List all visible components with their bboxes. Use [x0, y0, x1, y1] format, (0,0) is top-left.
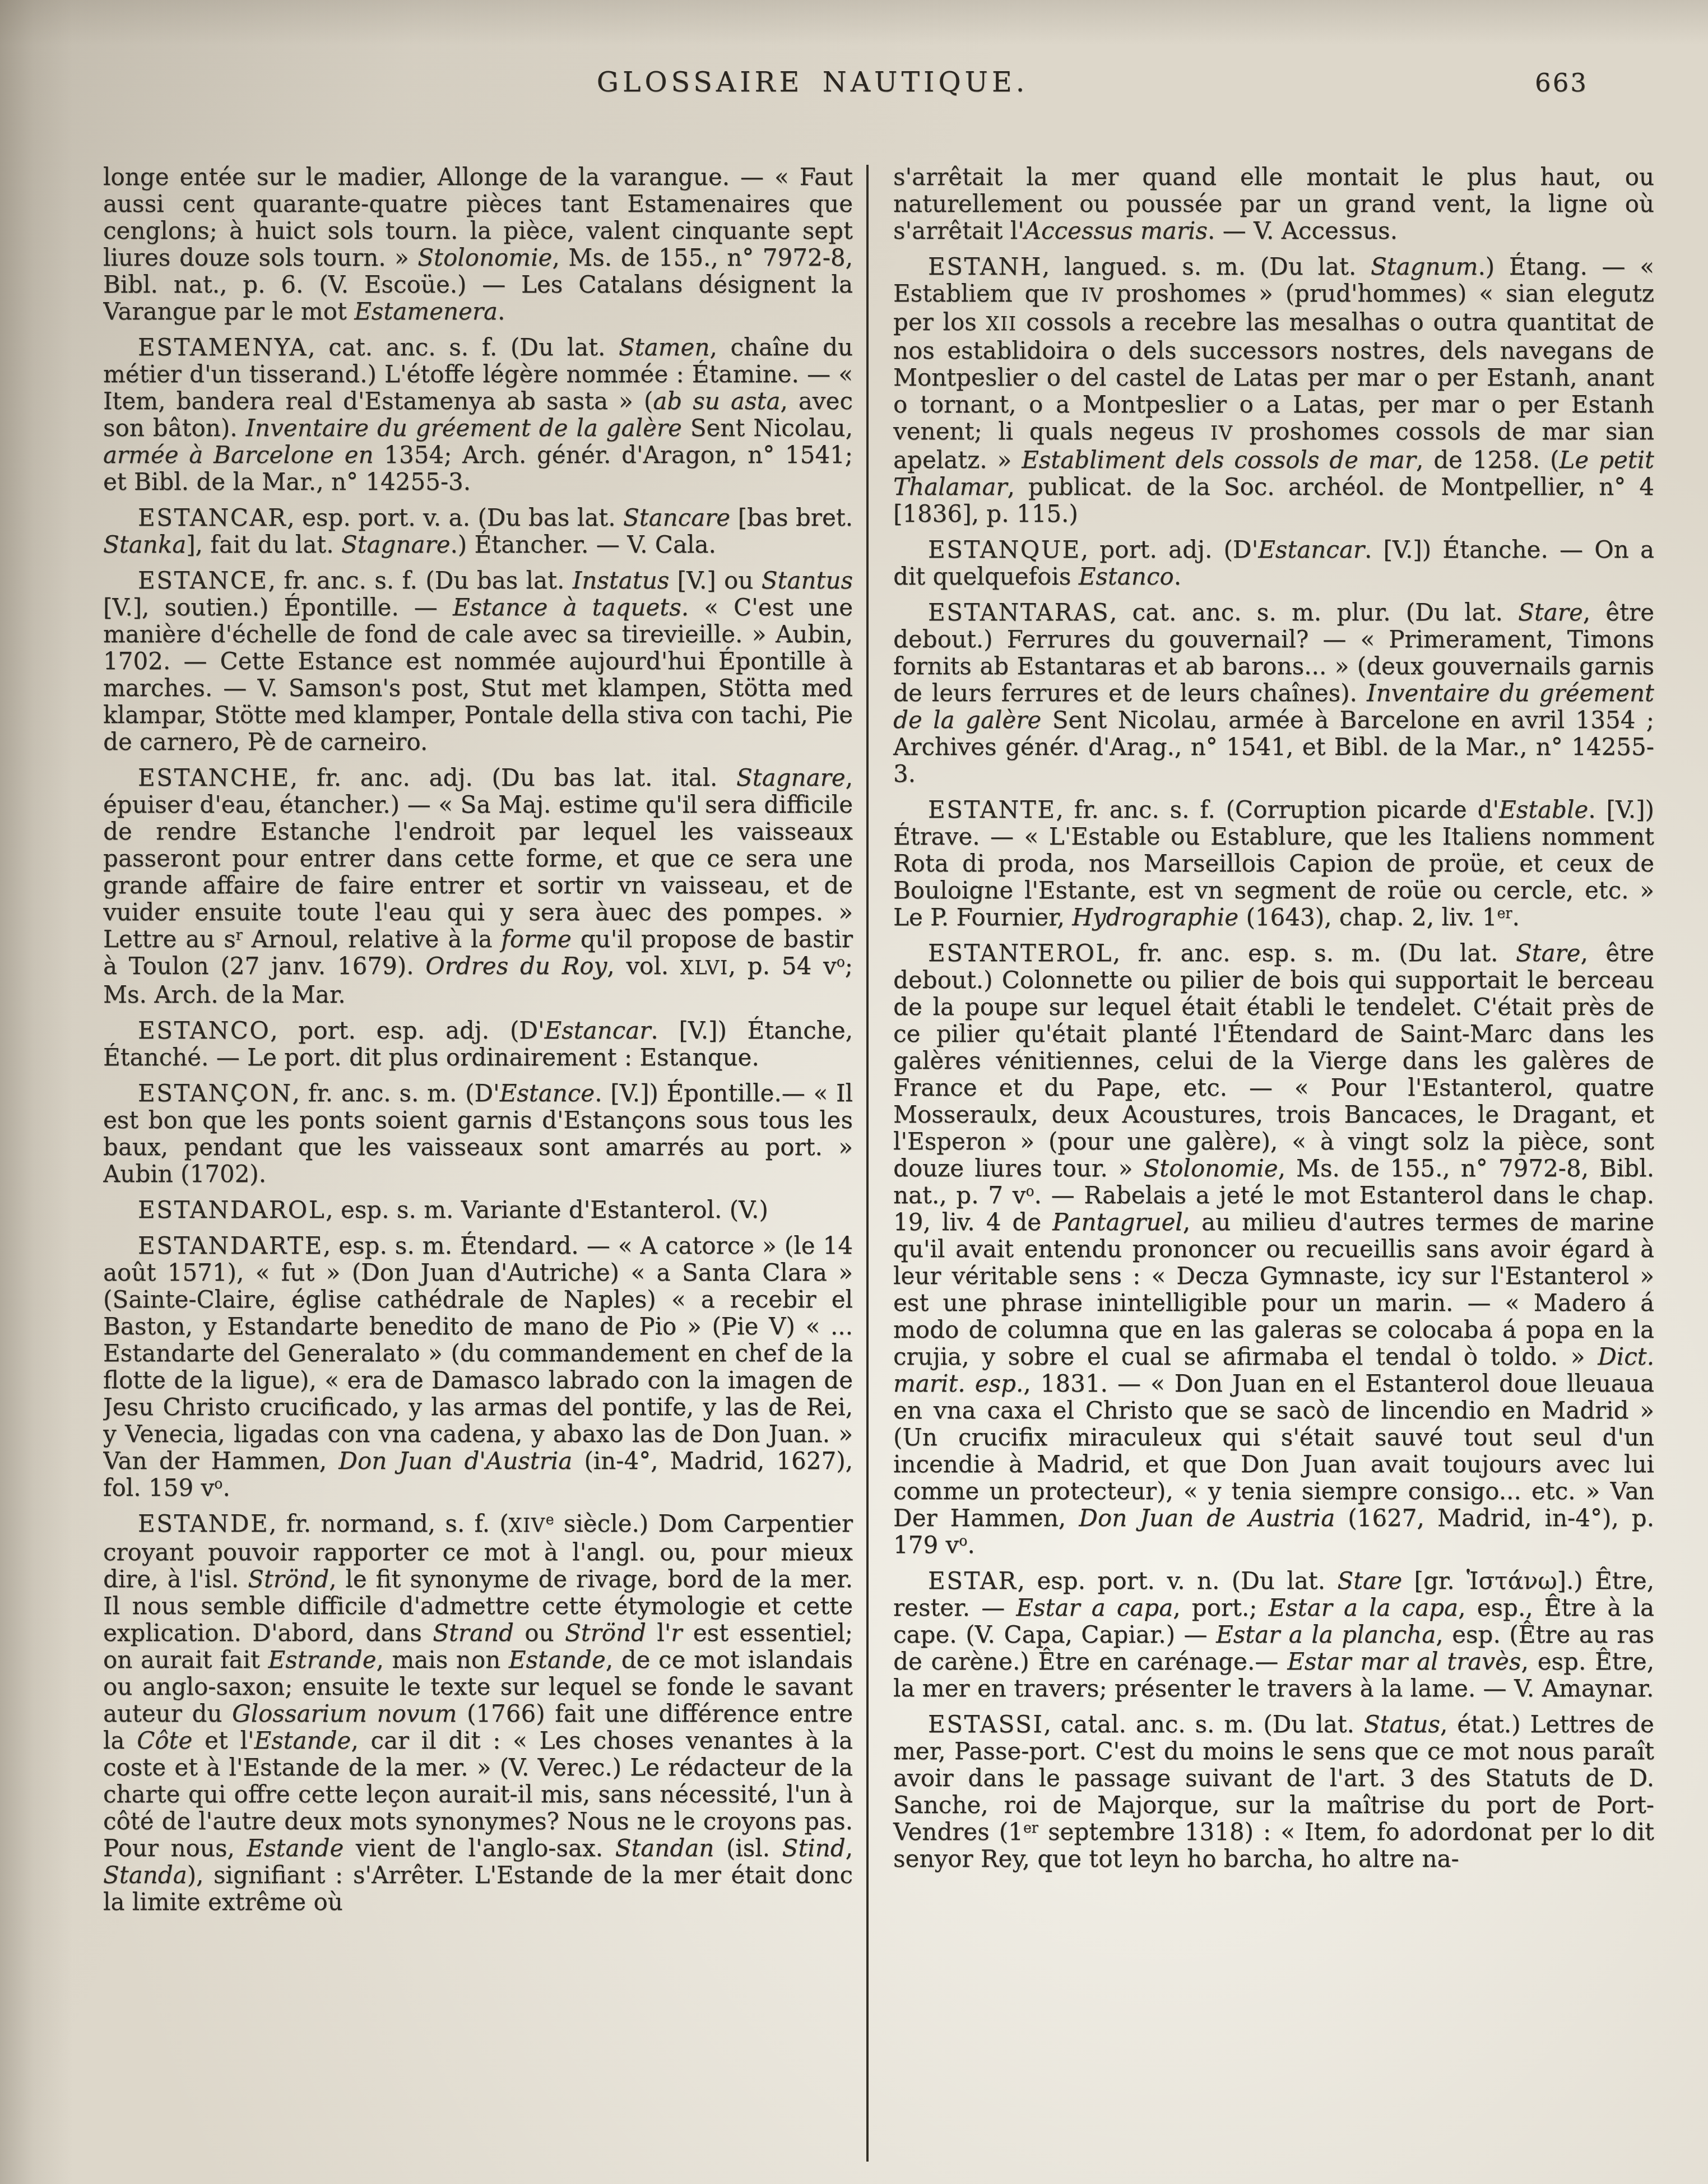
text-segment: , fr. anc. adj. (Du bas lat. ital. [290, 764, 736, 791]
text-segment: Standa [103, 1861, 187, 1889]
text-segment: , cat. anc. s. m. plur. (Du lat. [1110, 599, 1518, 626]
text-segment: Estar mar al travès [1287, 1648, 1521, 1675]
entry-estanche: ESTANCHE, fr. anc. adj. (Du bas lat. ita… [103, 764, 853, 1008]
entry-headword: ESTANTEROL [928, 939, 1113, 967]
entry-estamenya: ESTAMENYA, cat. anc. s. f. (Du lat. Stam… [103, 334, 853, 495]
entry-estande: ESTANDE, fr. normand, s. f. (XIVe siècle… [103, 1510, 853, 1916]
text-segment: Estar a la capa [1269, 1594, 1459, 1621]
text-segment: Don Juan d'Austria [338, 1447, 572, 1474]
text-segment: Inventaire du gréement de la galère [245, 414, 681, 442]
text-segment: Stagnare [341, 531, 451, 558]
text-segment: XLVI [680, 957, 728, 979]
text-segment: r [236, 927, 243, 943]
entry-headword: ESTANH [928, 253, 1042, 280]
text-segment: Stamen [619, 333, 709, 361]
text-segment: , vol. [607, 952, 680, 980]
entry-headword: ESTANDE [138, 1510, 269, 1537]
entry-estandarol: ESTANDAROL, esp. s. m. Variante d'Estant… [103, 1197, 853, 1223]
entry-estanterol: ESTANTEROL, fr. anc. esp. s. m. (Du lat.… [893, 940, 1654, 1559]
text-segment: (1643), chap. 2, liv. 1 [1238, 903, 1497, 931]
text-segment: o [837, 954, 845, 970]
text-segment: Estanco [1079, 563, 1174, 590]
entry-headword: ESTAR [928, 1567, 1018, 1594]
text-segment: Stagnare [736, 764, 846, 791]
text-segment: , port. adj. (D' [1081, 536, 1258, 563]
text-segment: Stolonomie [417, 244, 552, 271]
text-segment: Estance [500, 1079, 595, 1107]
text-segment: et l' [192, 1727, 254, 1754]
text-segment: , port.; [1173, 1594, 1268, 1621]
text-segment: IV [1210, 422, 1233, 444]
text-segment: Estamenera [354, 298, 498, 325]
entry-estante: ESTANTE, fr. anc. s. f. (Corruption pica… [893, 796, 1654, 931]
text-segment: Stare [1516, 939, 1581, 967]
text-segment: armée à Barcelone en [103, 441, 374, 469]
text-segment: , fr. anc. s. f. (Du bas lat. [268, 567, 573, 594]
entry-headword: ESTANTE [928, 796, 1056, 823]
text-segment: IV [1081, 284, 1104, 306]
entry-headword: ESTANQUE [928, 536, 1081, 563]
text-segment: Stare [1518, 599, 1583, 626]
text-segment: Estande [509, 1646, 606, 1673]
text-segment: , [846, 1834, 853, 1862]
entry-estancar: ESTANCAR, esp. port. v. a. (Du bas lat. … [103, 504, 853, 558]
text-segment: Estar a capa [1016, 1594, 1173, 1621]
entry-headword: ESTANCO [138, 1017, 270, 1044]
text-segment: , langued. s. m. (Du lat. [1042, 253, 1371, 280]
text-segment: XIV [509, 1514, 546, 1536]
entry-estanque: ESTANQUE, port. adj. (D'Estancar. [V.]) … [893, 536, 1654, 590]
entry-estantaras: ESTANTARAS, cat. anc. s. m. plur. (Du la… [893, 599, 1654, 787]
text-segment: Don Juan de Austria [1079, 1504, 1335, 1532]
text-segment: Estande [254, 1727, 351, 1754]
text-segment: [bas bret. [730, 504, 853, 531]
text-segment: . [967, 1531, 974, 1559]
text-segment: Estande [247, 1834, 344, 1862]
text-segment: , cat. anc. s. f. (Du lat. [308, 333, 619, 361]
entry-estassi: ESTASSI, catal. anc. s. m. (Du lat. Stat… [893, 1711, 1654, 1872]
text-segment: Côte [137, 1727, 192, 1754]
text-segment: Stancare [623, 504, 730, 531]
text-segment: Strönd [565, 1619, 646, 1647]
text-segment: Stagnum [1371, 253, 1478, 280]
entry-headword: ESTANCAR [138, 504, 287, 531]
entry-estanco: ESTANCO, port. esp. adj. (D'Estancar. [V… [103, 1017, 853, 1071]
book-page-scan: GLOSSAIRE NAUTIQUE. 663 longe entée sur … [0, 0, 1708, 2184]
text-segment: , esp. s. m. Étendard. — « A catorce » (… [103, 1232, 853, 1474]
entry-estanh: ESTANH, langued. s. m. (Du lat. Stagnum.… [893, 253, 1654, 527]
text-segment: . [498, 298, 505, 325]
entry-headword: ESTAMENYA [138, 333, 308, 361]
text-segment: ], fait du lat. [186, 531, 341, 558]
text-segment: Establiment dels cossols de mar [1022, 446, 1416, 474]
running-title: GLOSSAIRE NAUTIQUE. [0, 66, 1625, 98]
entry-headword: ESTANCHE [138, 764, 290, 791]
text-segment: Glossarium novum [232, 1700, 457, 1727]
text-segment: , esp. port. v. a. (Du bas lat. [287, 504, 623, 531]
text-segment: XII [986, 313, 1017, 335]
text-segment: , esp. s. m. Variante d'Estanterol. (V.) [326, 1196, 768, 1223]
page-number: 663 [1535, 68, 1588, 98]
text-segment: , fr. anc. esp. s. m. (Du lat. [1113, 939, 1516, 967]
text-segment: , catal. anc. s. m. (Du lat. [1043, 1710, 1363, 1738]
text-segment: o [1025, 1183, 1034, 1199]
text-segment: , de 1258. ( [1416, 446, 1559, 474]
entry-estancon: ESTANÇON, fr. anc. s. m. (D'Estance. [V.… [103, 1080, 853, 1188]
entry-headword: ESTANDARTE [138, 1232, 323, 1259]
text-segment: ab su asta [653, 387, 780, 415]
text-segment: Estable [1499, 796, 1588, 823]
continuation-paragraph: s'arrêtait la mer quand elle montait le … [893, 164, 1654, 244]
text-segment: Standan [615, 1834, 714, 1862]
text-segment: er [1023, 1820, 1038, 1836]
text-segment: Stanka [103, 531, 186, 558]
entry-headword: ESTASSI [928, 1710, 1043, 1738]
text-segment: Estrande [268, 1646, 377, 1673]
text-segment: Strönd [248, 1565, 329, 1593]
text-columns: longe entée sur le madier, Allonge de la… [103, 164, 1654, 2162]
text-segment: r [671, 1619, 682, 1647]
text-segment: Hydrographie [1072, 903, 1238, 931]
text-segment: Ordres du Roy [425, 952, 607, 980]
text-segment: Sent Nicolau, [682, 414, 853, 442]
text-segment: vient de l'anglo-sax. [344, 1834, 615, 1862]
text-segment: l' [646, 1619, 671, 1647]
text-segment: , publicat. de la Soc. archéol. de Montp… [893, 473, 1654, 527]
entry-headword: ESTANÇON [138, 1079, 293, 1107]
text-segment: e [546, 1511, 554, 1528]
text-segment: Strand [433, 1619, 514, 1647]
entry-estandarte: ESTANDARTE, esp. s. m. Étendard. — « A c… [103, 1232, 853, 1501]
text-segment: Arnoul, relative à la [243, 925, 502, 953]
text-segment: o [214, 1476, 222, 1492]
text-segment: , port. esp. adj. (D' [270, 1017, 544, 1044]
text-segment: Accessus maris [1024, 217, 1208, 244]
column-divider-rule [866, 165, 869, 2162]
text-segment: . — V. Accessus. [1208, 217, 1398, 244]
entry-estar: ESTAR, esp. port. v. n. (Du lat. Stare [… [893, 1568, 1654, 1702]
entry-headword: ESTANTARAS [928, 599, 1110, 626]
text-segment: [V.] ou [669, 567, 762, 594]
text-segment: forme [501, 925, 572, 953]
text-segment: Stind [782, 1834, 846, 1862]
text-segment: [V.], soutien.) Épontille. — [103, 593, 453, 621]
text-segment: Estancar [545, 1017, 651, 1044]
text-segment: , esp. port. v. n. (Du lat. [1018, 1567, 1338, 1594]
continuation-paragraph: longe entée sur le madier, Allonge de la… [103, 164, 853, 325]
text-segment: Estance à taquets. [453, 593, 689, 621]
text-segment: , épuiser d'eau, étancher.) — « Sa Maj. … [103, 764, 853, 953]
text-segment: Instatus [573, 567, 670, 594]
text-segment: ), signifiant : s'Arrêter. L'Estande de … [103, 1861, 853, 1916]
text-segment: Estancar [1258, 536, 1364, 563]
text-segment: Stare [1337, 1567, 1402, 1594]
entry-estance: ESTANCE, fr. anc. s. f. (Du bas lat. Ins… [103, 567, 853, 755]
text-segment: ou [514, 1619, 565, 1647]
text-segment: , être debout.) Colonnette ou pilier de … [893, 939, 1654, 1182]
text-segment: o [959, 1533, 967, 1549]
text-segment: , fr. normand, s. f. ( [269, 1510, 509, 1537]
text-segment: . [1512, 903, 1519, 931]
entry-headword: ESTANDAROL [138, 1196, 326, 1223]
text-segment: .) Étancher. — V. Cala. [451, 531, 716, 558]
text-segment: (isl. [714, 1834, 782, 1862]
text-segment: , mais non [377, 1646, 509, 1673]
text-segment: , fr. anc. s. m. (D' [293, 1079, 500, 1107]
text-segment: Stantus [762, 567, 853, 594]
text-segment: . [1174, 563, 1181, 590]
text-segment: Status [1364, 1710, 1440, 1738]
text-segment: Stolonomie [1144, 1154, 1278, 1182]
text-segment: er [1497, 905, 1512, 921]
left-column: longe entée sur le madier, Allonge de la… [103, 164, 853, 2162]
text-segment: Pantagruel [1052, 1208, 1183, 1236]
text-segment: , p. 54 v [728, 952, 837, 980]
right-column: s'arrêtait la mer quand elle montait le … [893, 164, 1654, 2162]
text-segment: . [222, 1474, 230, 1501]
entry-headword: ESTANCE [138, 567, 268, 594]
text-segment: Estar a la plancha [1216, 1621, 1436, 1648]
text-segment: , fr. anc. s. f. (Corruption picarde d' [1056, 796, 1499, 823]
